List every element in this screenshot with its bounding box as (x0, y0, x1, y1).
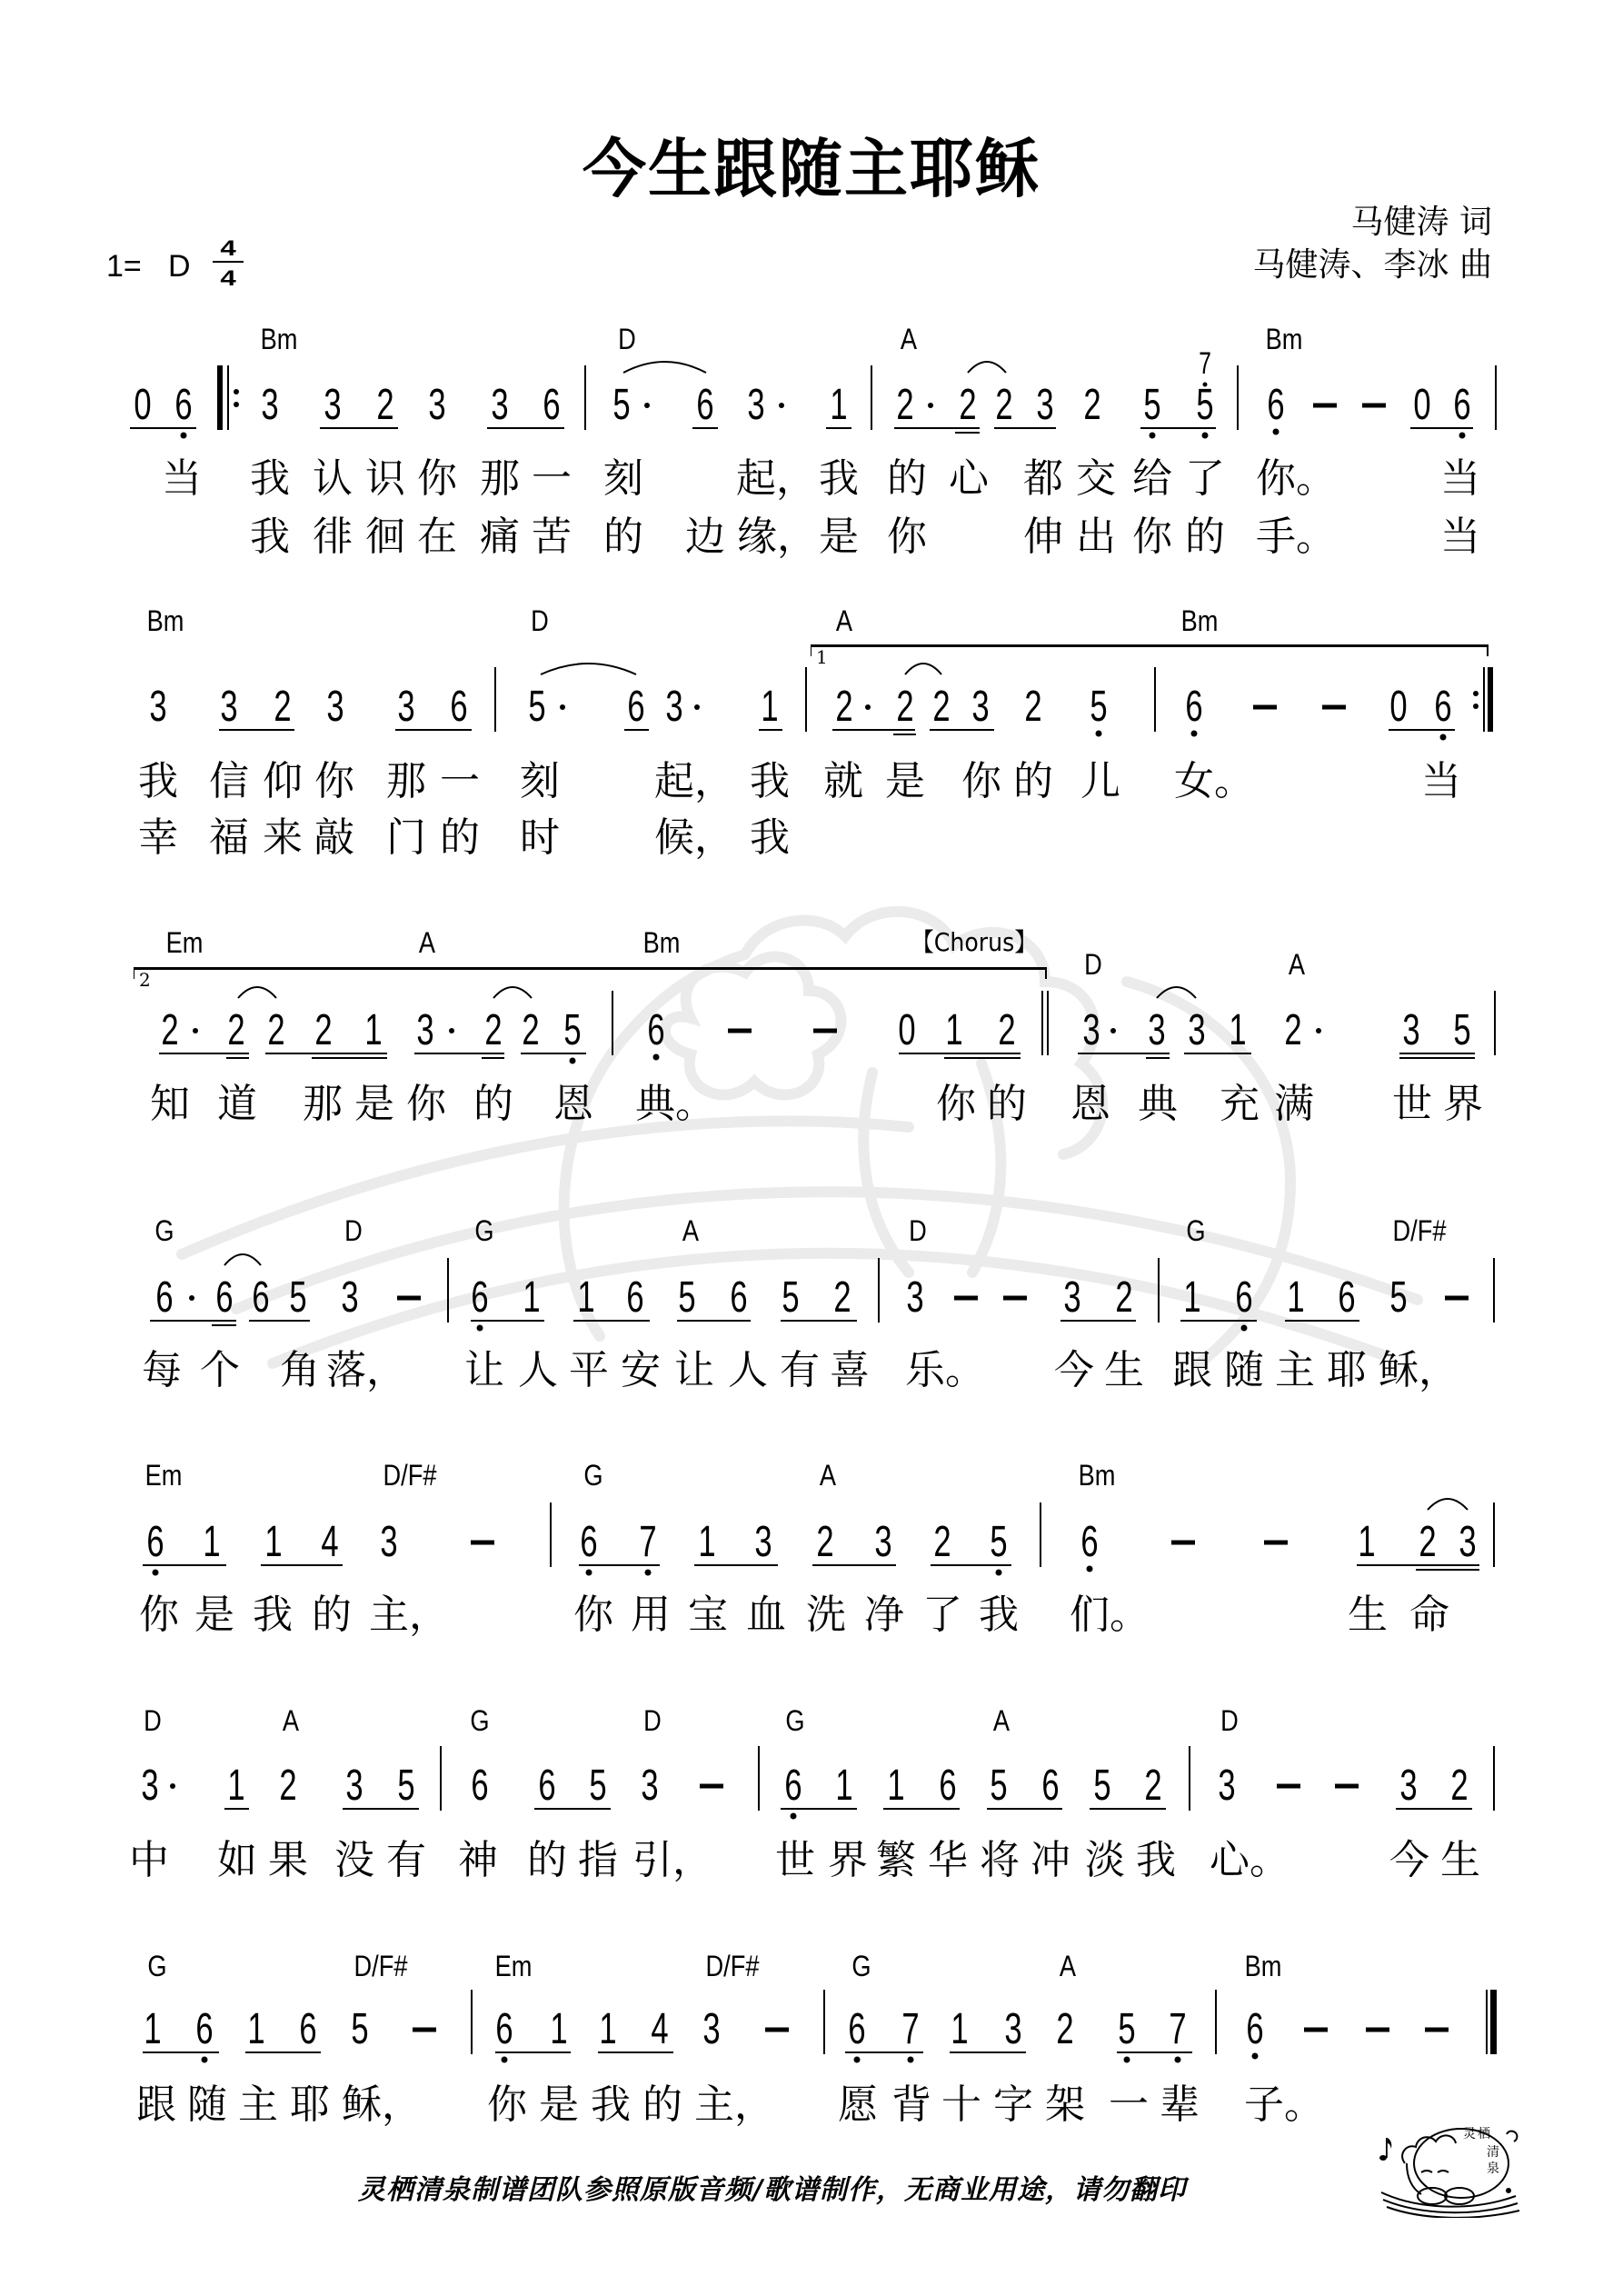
lyric-syllable: 知 (150, 1084, 190, 1124)
beam-underline (579, 1564, 660, 1566)
lyric-syllable: 我 (250, 517, 290, 557)
augmentation-dot (1110, 1028, 1116, 1033)
time-signature-bottom: 4 (220, 268, 235, 290)
sustain-dash (1445, 1296, 1469, 1301)
lyric-syllable: 是 (354, 1084, 394, 1124)
chord-symbol: G (1186, 1216, 1205, 1245)
lyric-syllable: 辈 (1160, 2085, 1200, 2125)
note-digit: 3 (261, 384, 278, 427)
note-digit: 6 (299, 2008, 316, 2051)
beam-underline (987, 1808, 1062, 1810)
lyric-syllable: 子。 (1244, 2085, 1324, 2125)
note-digit: 3 (1218, 1764, 1235, 1808)
lyric-syllable: 那 (480, 459, 520, 499)
beam-underline (343, 1808, 419, 1810)
lyric-syllable: 出 (1076, 517, 1116, 557)
lyric-syllable: 的 (1185, 517, 1225, 557)
beam-underline (1285, 1320, 1359, 1322)
note-digit: 1 (1358, 1521, 1375, 1564)
beam-underline (534, 1808, 611, 1810)
note-digit: 3 (1063, 1276, 1080, 1320)
beam-underline (573, 1320, 650, 1322)
barline (1493, 1746, 1495, 1811)
beam-underline (312, 1057, 387, 1059)
barline (471, 1990, 473, 2054)
note-digit: 6 (495, 2008, 513, 2051)
low-octave-dot (1202, 433, 1209, 439)
lyric-syllable: 安 (621, 1351, 661, 1391)
time-signature-top: 4 (220, 238, 235, 260)
lyric-syllable: 恩 (553, 1084, 593, 1124)
beam-underline (1060, 1320, 1136, 1322)
chord-symbol: G (785, 1706, 804, 1735)
note-digit: 6 (146, 1521, 164, 1564)
lyric-syllable: 耶 (290, 2085, 330, 2125)
lyric-syllable: 交 (1076, 459, 1116, 499)
lyric-syllable: 了 (1185, 459, 1225, 499)
note-digit: 5 (990, 1521, 1007, 1564)
lyric-syllable: 你 (139, 1595, 179, 1635)
note-digit: 7 (901, 2008, 919, 2051)
slur-tie (238, 987, 276, 998)
sustain-dash (1322, 705, 1346, 710)
beam-underline (624, 729, 649, 731)
note-digit: 3 (416, 1009, 433, 1053)
note-digit: 3 (141, 1764, 158, 1808)
note-digit: 5 (990, 1764, 1007, 1808)
lyric-syllable: 我 (250, 459, 290, 499)
note-digit: 2 (1284, 1009, 1301, 1053)
note-digit: 3 (906, 1276, 923, 1320)
slur-tie (541, 664, 636, 674)
low-octave-dot (202, 2057, 208, 2063)
beam-underline (894, 427, 980, 429)
note-digit: 3 (641, 1764, 658, 1808)
lyric-syllable: 指 (578, 1841, 618, 1881)
note-digit: 7 (1169, 2008, 1186, 2051)
beam-underline (1396, 1808, 1472, 1810)
lyric-syllable: 充 (1220, 1084, 1260, 1124)
low-octave-dot (996, 1570, 1002, 1576)
beam-underline (692, 427, 718, 429)
lyric-syllable: 的 (987, 1084, 1027, 1124)
lyric-syllable: 我 (819, 459, 859, 499)
note-digit: 3 (428, 384, 445, 427)
note-digit: 2 (279, 1764, 296, 1808)
lyric-syllable: 识 (365, 459, 405, 499)
note-digit: 5 (782, 1276, 799, 1320)
barline (440, 1746, 442, 1811)
note-digit: 2 (933, 1521, 951, 1564)
note-digit: 3 (1004, 2008, 1021, 2051)
note-digit: 3 (1399, 1764, 1417, 1808)
chord-symbol: D/F# (383, 1461, 437, 1490)
lyric-syllable: 候， (654, 818, 734, 858)
note-digit: 5 (1196, 384, 1213, 427)
beam-underline (955, 432, 980, 434)
footer-notice: 灵栖清泉制谱团队参照原版音频/歌谱制作，无商业用途，请勿翻印 (358, 2177, 1186, 2204)
lyric-syllable: 你 (314, 762, 354, 802)
note-digit: 6 (155, 1276, 173, 1320)
sustain-dash (1277, 1784, 1300, 1789)
note-digit: 2 (522, 1009, 539, 1053)
note-digit: 6 (1267, 384, 1284, 427)
lyric-syllable: 你 (887, 517, 927, 557)
beam-underline (395, 729, 472, 731)
note-digit: 1 (951, 2008, 968, 2051)
note-digit: 6 (538, 1764, 555, 1808)
slur-tie (224, 1254, 261, 1265)
sustain-dash (1003, 1296, 1027, 1301)
lyric-syllable: 徊 (365, 517, 405, 557)
chord-symbol: D/F# (354, 1952, 408, 1981)
beam-underline (130, 427, 196, 429)
augmentation-dot (779, 403, 784, 408)
beam-underline (224, 1808, 249, 1810)
sustain-dash (1264, 1541, 1288, 1545)
note-digit: 6 (626, 1276, 643, 1320)
final-barline (1490, 1990, 1497, 2054)
beam-underline (1180, 1320, 1257, 1322)
lyric-syllable: 女。 (1174, 762, 1254, 802)
note-digit: 1 (364, 1009, 382, 1053)
note-digit: 7 (639, 1521, 656, 1564)
low-octave-dot (1203, 383, 1208, 387)
repeat-end-barline (1483, 667, 1485, 732)
beam-underline (1140, 427, 1216, 429)
note-digit: 3 (345, 1764, 363, 1808)
note-digit: 3 (747, 384, 764, 427)
barline (1215, 1990, 1217, 2054)
lyric-syllable: 福 (209, 818, 249, 858)
note-digit: 6 (580, 1521, 597, 1564)
lyric-syllable: 生 (1440, 1841, 1480, 1881)
lyric-syllable: 一 (1109, 2085, 1149, 2125)
volta-bracket-1: 1 (811, 644, 1489, 656)
logo-text-char: 灵 (1463, 2126, 1476, 2141)
key-signature-do: 1= (106, 251, 142, 282)
lyric-syllable: 你 (417, 459, 457, 499)
beam-underline (1399, 1057, 1475, 1059)
chord-symbol: A (1060, 1952, 1076, 1981)
note-digit: 6 (1235, 1276, 1252, 1320)
low-octave-dot (1124, 2057, 1130, 2063)
lyric-syllable: 心 (949, 459, 989, 499)
lyric-syllable: 喜 (830, 1351, 870, 1391)
beam-underline (1078, 1053, 1170, 1054)
double-barline (1041, 991, 1043, 1055)
lyric-syllable: 门 (386, 818, 426, 858)
note-digit: 6 (696, 384, 713, 427)
lyric-syllable: 界 (828, 1841, 868, 1881)
augmentation-dot (189, 1295, 194, 1301)
lyric-syllable: 平 (569, 1351, 609, 1391)
lyric-syllable: 信 (209, 762, 249, 802)
beam-underline (1184, 1053, 1251, 1054)
note-digit: 2 (835, 685, 852, 729)
lyric-syllable: 认 (313, 459, 353, 499)
beam-underline (930, 729, 994, 731)
lyric-syllable: 幸 (138, 818, 178, 858)
low-octave-dot (181, 433, 187, 439)
note-digit: 1 (887, 1764, 904, 1808)
lyric-syllable: 每 (142, 1351, 182, 1391)
lyric-syllable: 是 (539, 2085, 579, 2125)
chord-symbol: Em (166, 928, 204, 957)
lyric-syllable: 是 (819, 517, 859, 557)
lyric-syllable: 都 (1023, 459, 1063, 499)
note-digit: 2 (161, 1009, 178, 1053)
beam-underline (212, 1324, 236, 1326)
note-digit: 3 (702, 2008, 720, 2051)
lyric-syllable: 稣， (1379, 1351, 1459, 1391)
repeat-end-barline (1488, 667, 1493, 732)
note-digit: 2 (484, 1009, 502, 1053)
lyric-syllable: 边 (685, 517, 725, 557)
beam-underline (1399, 1053, 1475, 1054)
chord-symbol: D (1084, 950, 1102, 979)
note-digit: 5 (589, 1764, 606, 1808)
note-digit: 6 (471, 1276, 488, 1320)
chord-symbol: G (147, 1952, 166, 1981)
note-digit: 6 (450, 685, 467, 729)
lyric-syllable: 随 (1224, 1351, 1264, 1391)
note-digit: 3 (341, 1276, 358, 1320)
beam-underline (781, 1320, 857, 1322)
lyric-syllable: 典 (1138, 1084, 1178, 1124)
lyric-syllable: 我 (750, 818, 790, 858)
logo-text-char: 泉 (1487, 2161, 1499, 2175)
note-digit: 2 (896, 384, 913, 427)
lyric-syllable: 起， (736, 459, 816, 499)
barline (758, 1746, 760, 1811)
low-octave-dot (854, 2057, 861, 2063)
lyric-syllable: 那 (303, 1084, 343, 1124)
note-digit: 2 (1144, 1764, 1161, 1808)
chord-symbol: D (144, 1706, 162, 1735)
sustain-dash (1362, 404, 1386, 408)
note-digit: 6 (627, 685, 644, 729)
note-digit: 5 (612, 384, 630, 427)
beam-underline (812, 1564, 896, 1566)
lyric-syllable: 你 (573, 1595, 613, 1635)
note-digit: 3 (665, 685, 682, 729)
note-digit: 5 (1453, 1009, 1470, 1053)
barline (823, 1990, 825, 2054)
lyric-syllable: 的 (887, 459, 927, 499)
chord-symbol: D (531, 606, 549, 635)
beam-underline (143, 1564, 226, 1566)
note-digit: 3 (324, 384, 341, 427)
note-digit: 6 (939, 1764, 956, 1808)
beam-underline (482, 1057, 504, 1059)
sheet-music-page: 今生跟随主耶稣 1= D 4 4 马健涛 词 马健涛、李冰 曲 BmDABm06… (0, 0, 1623, 2296)
lyric-syllable: 典。 (635, 1084, 715, 1124)
sustain-dash (471, 1541, 494, 1545)
low-octave-dot (1440, 734, 1447, 741)
slur-tie (1157, 987, 1196, 998)
beam-underline (1146, 1057, 1170, 1059)
note-digit: 1 (144, 2008, 161, 2051)
sustain-dash (1425, 2028, 1449, 2032)
augmentation-dot (644, 403, 650, 408)
augmentation-dot (865, 704, 871, 710)
note-digit: 6 (1453, 384, 1470, 427)
beam-underline (883, 1808, 960, 1810)
note-digit: 3 (1082, 1009, 1100, 1053)
low-octave-dot (645, 1570, 652, 1576)
slur-tie (493, 987, 532, 998)
chord-symbol: D/F# (706, 1952, 760, 1981)
note-digit: 2 (274, 685, 291, 729)
beam-underline (521, 1053, 586, 1054)
lyric-syllable: 时 (520, 818, 560, 858)
note-digit: 5 (397, 1764, 414, 1808)
lyric-syllable: 背 (891, 2085, 931, 2125)
final-barline (1486, 1990, 1488, 2054)
lyric-syllable: 人 (518, 1351, 558, 1391)
beam-underline (694, 1564, 778, 1566)
volta-number: 1 (816, 648, 828, 666)
note-digit: 1 (761, 685, 778, 729)
lyric-syllable: 给 (1132, 459, 1172, 499)
note-digit: 3 (397, 685, 414, 729)
volta-bracket-2: 2 (134, 967, 1047, 979)
lyric-syllable: 敲 (314, 818, 354, 858)
note-digit: 1 (1229, 1009, 1246, 1053)
lyric-syllable: 苦 (532, 517, 572, 557)
beam-underline (143, 2051, 219, 2053)
note-digit: 2 (1450, 1764, 1468, 1808)
lyric-syllable: 架 (1045, 2085, 1085, 2125)
augmentation-dot (560, 704, 565, 710)
note-digit: 3 (1036, 384, 1053, 427)
note-digit: 2 (1115, 1276, 1132, 1320)
lyric-syllable: 跟 (1172, 1351, 1212, 1391)
note-digit: 6 (1080, 1521, 1098, 1564)
lyric-syllable: 角 (280, 1351, 320, 1391)
lyric-syllable: 有 (780, 1351, 820, 1391)
lyric-syllable: 繁 (876, 1841, 916, 1881)
chord-symbol: A (682, 1216, 699, 1245)
slurs-layer (0, 0, 1623, 2296)
sustain-dash (1304, 2028, 1328, 2032)
beam-underline (832, 729, 915, 731)
sustain-dash (1313, 404, 1337, 408)
lyric-syllable: 净 (864, 1595, 904, 1635)
barline (494, 667, 496, 732)
note-digit: 1 (247, 2008, 264, 2051)
lyric-syllable: 当 (162, 459, 202, 499)
note-digit: 1 (227, 1764, 244, 1808)
note-digit: 1 (577, 1276, 594, 1320)
lyric-syllable: 是 (885, 762, 925, 802)
note-digit: 6 (471, 1764, 488, 1808)
note-digit: 3 (1459, 1521, 1476, 1564)
lyric-syllable: 今 (1389, 1841, 1429, 1881)
low-octave-dot (477, 1325, 483, 1332)
note-digit: 3 (380, 1521, 397, 1564)
low-octave-dot (153, 1570, 159, 1576)
barline (1237, 365, 1239, 430)
chord-symbol: A (993, 1706, 1010, 1735)
beam-underline (219, 729, 294, 731)
note-digit: 2 (1056, 2008, 1073, 2051)
note-digit: 6 (174, 384, 192, 427)
beam-underline (598, 2051, 673, 2053)
note-digit: 6 (730, 1276, 747, 1320)
note-digit: 5 (563, 1009, 581, 1053)
lyric-syllable: 手。 (1256, 517, 1336, 557)
lyric-syllable: 主， (369, 1595, 449, 1635)
chord-symbol: Em (495, 1952, 533, 1981)
chord-symbol: G (154, 1216, 174, 1245)
lyric-syllable: 了 (922, 1595, 962, 1635)
chord-symbol: Bm (261, 324, 298, 354)
barline (878, 1258, 880, 1323)
barline (447, 1258, 449, 1323)
lyric-syllable: 的 (603, 517, 643, 557)
lyric-syllable: 生 (1104, 1351, 1144, 1391)
note-digit: 1 (1287, 1276, 1304, 1320)
note-digit: 3 (326, 685, 344, 729)
lyric-syllable: 心。 (1210, 1841, 1289, 1881)
lyric-syllable: 在 (417, 517, 457, 557)
low-octave-dot (1241, 1325, 1248, 1332)
chord-symbol: D (909, 1216, 927, 1245)
note-digit: 0 (1413, 384, 1430, 427)
lyric-syllable: 起， (654, 762, 734, 802)
lyric-syllable: 没 (334, 1841, 374, 1881)
lyric-syllable: 华 (928, 1841, 968, 1881)
chord-symbol: Bm (1266, 324, 1303, 354)
lyric-syllable: 的 (312, 1595, 352, 1635)
augmentation-dot (449, 1028, 454, 1033)
augmentation-dot (1316, 1028, 1321, 1033)
lyric-syllable: 的 (527, 1841, 567, 1881)
repeat-dot (1473, 704, 1479, 709)
note-digit: 6 (252, 1276, 269, 1320)
note-digit: 2 (896, 685, 913, 729)
lyric-syllable: 今 (1054, 1351, 1094, 1391)
note-digit: 5 (1389, 1276, 1407, 1320)
note-digit: 3 (971, 685, 989, 729)
note-digit: 2 (833, 1276, 851, 1320)
note-digit: 1 (945, 1009, 962, 1053)
note-digit: 3 (754, 1521, 772, 1564)
lyric-syllable: 淡 (1085, 1841, 1125, 1881)
lyric-syllable: 如 (217, 1841, 257, 1881)
low-octave-dot (1273, 429, 1279, 435)
note-digit: 0 (898, 1009, 915, 1053)
barline (1493, 1258, 1495, 1323)
note-digit: 3 (874, 1521, 891, 1564)
lyric-syllable: 就 (823, 762, 863, 802)
lyric-syllable: 个 (200, 1351, 240, 1391)
lyric-syllable: 世 (775, 1841, 815, 1881)
note-digit: 6 (195, 2008, 213, 2051)
lyric-syllable: 当 (1421, 762, 1461, 802)
sustain-dash (765, 2028, 789, 2032)
low-octave-dot (570, 1058, 576, 1064)
note-digit: 1 (523, 1276, 540, 1320)
chord-symbol: D (618, 324, 636, 354)
lyric-syllable: 当 (1440, 459, 1480, 499)
note-digit: 5 (528, 685, 545, 729)
beam-underline (249, 1320, 310, 1322)
augmentation-dot (193, 1028, 198, 1033)
low-octave-dot (1096, 731, 1102, 737)
